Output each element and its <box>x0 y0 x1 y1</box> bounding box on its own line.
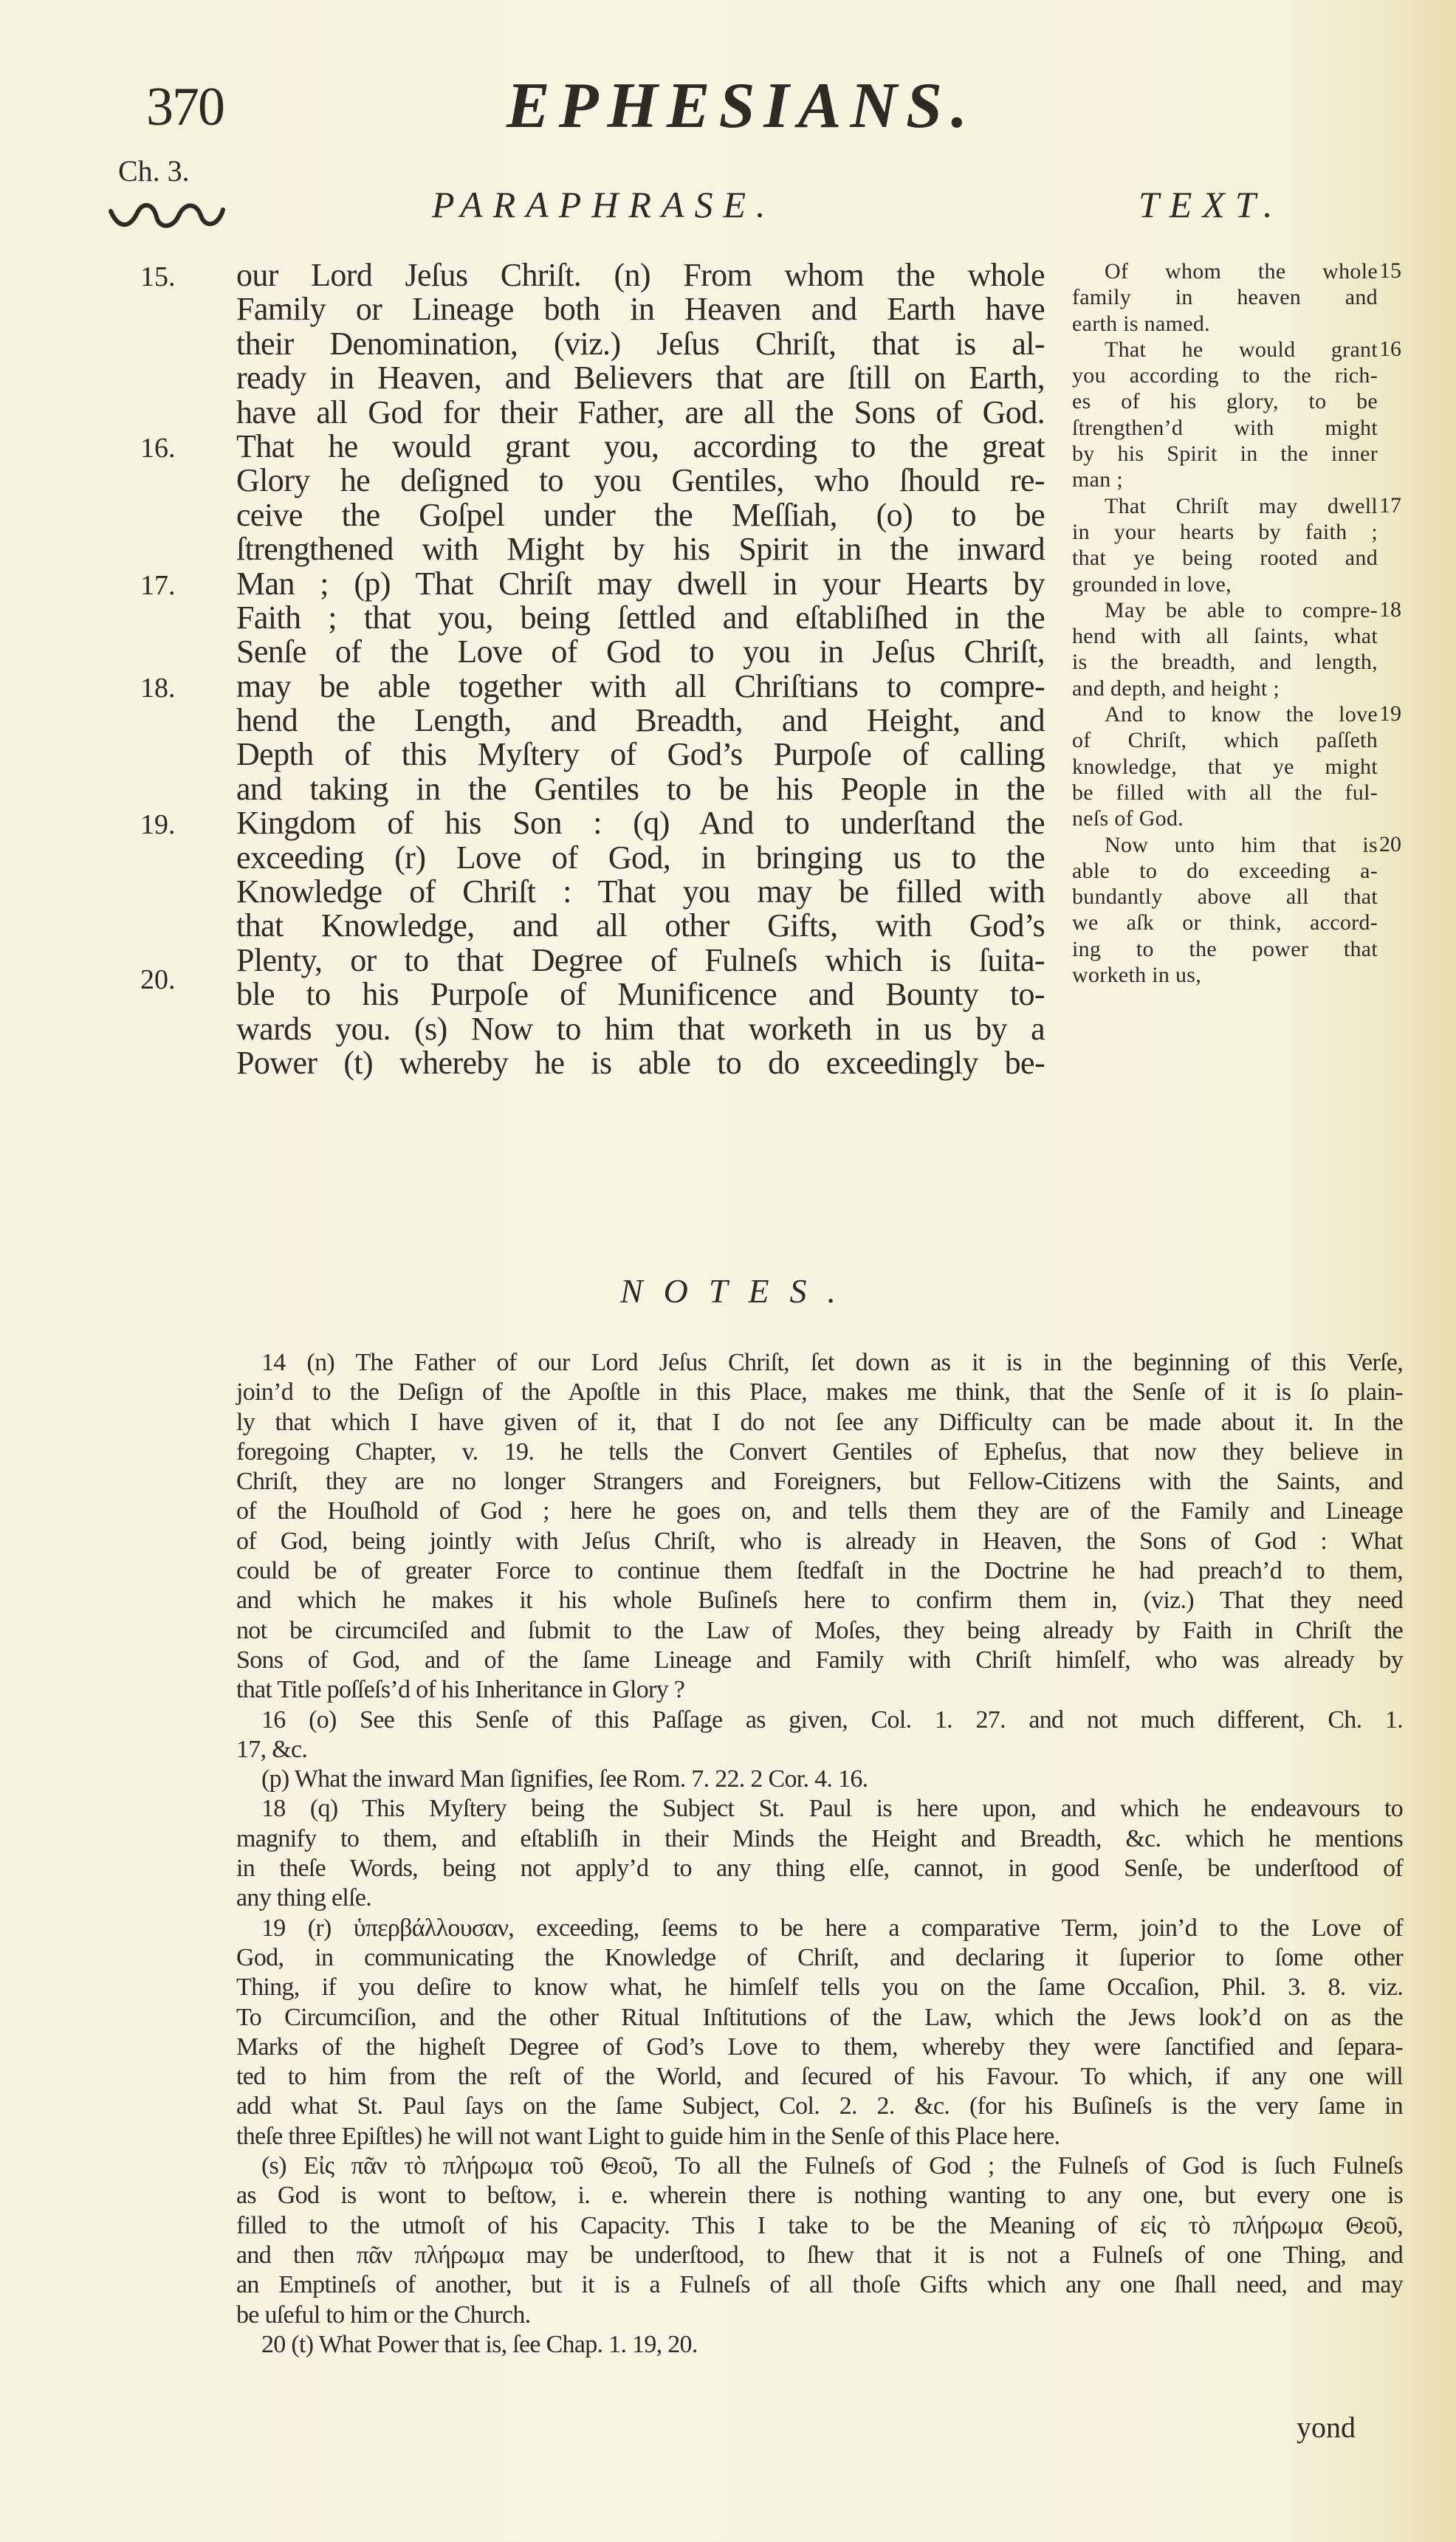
paraphrase-line: that Knowledge, and all other Gifts, wit… <box>236 909 1045 943</box>
note-line: Thing, if you deſire to know what, he hi… <box>236 1973 1403 2002</box>
note-line: 19 (r) ὑπερβάλλουσαν, exceeding, ſeems t… <box>236 1914 1403 1943</box>
scripture-line: May be able to compre- <box>1072 597 1378 623</box>
paraphrase-line: have all God for their Father, are all t… <box>236 396 1045 430</box>
note-line: join’d to the Deſign of the Apoſtle in t… <box>236 1378 1403 1407</box>
note-line: To Circumciſion, and the other Ritual In… <box>236 2003 1403 2033</box>
note-line: 16 (o) See this Senſe of this Paſſage as… <box>236 1705 1403 1735</box>
paraphrase-line: wards you. (s) Now to him that worketh i… <box>236 1012 1045 1046</box>
scripture-line: And to know the love <box>1072 701 1378 727</box>
scripture-line: That Chriſt may dwell <box>1072 493 1378 519</box>
paraphrase-line: and taking in the Gentiles to be his Peo… <box>236 772 1045 806</box>
paraphrase-line: Faith ; that you, being ſettled and eſta… <box>236 601 1045 635</box>
paraphrase-line: Plenty, or to that Degree of Fulneſs whi… <box>236 944 1045 978</box>
paraphrase-line: ſtrengthened with Might by his Spirit in… <box>236 532 1045 566</box>
scripture-verse-number: 16 <box>1379 338 1401 360</box>
scripture-line: bundantly above all that <box>1072 884 1378 910</box>
text-column-heading: TEXT. <box>1139 186 1283 223</box>
paraphrase-verse-number: 16. <box>140 434 176 462</box>
note-line: foregoing Chapter, v. 19. he tells the C… <box>236 1437 1403 1467</box>
chapter-reference: Ch. 3. <box>118 157 190 186</box>
scripture-line: ing to the power that <box>1072 936 1378 962</box>
scripture-line: worketh in us, <box>1072 962 1378 988</box>
paraphrase-line: ceive the Goſpel under the Meſſiah, (o) … <box>236 498 1045 532</box>
scripture-line: we aſk or think, accord- <box>1072 910 1378 935</box>
scripture-line: you according to the rich- <box>1072 363 1378 388</box>
note-line: that Title poſſeſs’d of his Inheritance … <box>236 1675 1403 1705</box>
paraphrase-line: Knowledge of Chriſt : That you may be fi… <box>236 875 1045 909</box>
note-line: of God, being jointly with Jeſus Chriſt,… <box>236 1527 1403 1556</box>
scripture-line: and depth, and height ; <box>1072 676 1378 701</box>
note-line: God, in communicating the Knowledge of C… <box>236 1943 1403 1973</box>
catchword: yond <box>1297 2413 1356 2442</box>
note-line: 20 (t) What Power that is, ſee Chap. 1. … <box>236 2330 1403 2360</box>
scripture-line: Now unto him that is <box>1072 832 1378 858</box>
paraphrase-line: Family or Lineage both in Heaven and Ear… <box>236 292 1045 326</box>
scripture-line: be filled with all the ful- <box>1072 780 1378 805</box>
scripture-verse-number: 15 <box>1379 260 1401 282</box>
paraphrase-column: our Lord Jeſus Chriſt. (n) From whom the… <box>236 258 1045 1080</box>
note-line: in theſe Words, being not apply’d to any… <box>236 1854 1403 1883</box>
note-line: 18 (q) This Myſtery being the Subject St… <box>236 1794 1403 1824</box>
note-line: 14 (n) The Father of our Lord Jeſus Chri… <box>236 1348 1403 1378</box>
scripture-line: is the breadth, and length, <box>1072 649 1378 675</box>
note-line: Chriſt, they are no longer Strangers and… <box>236 1467 1403 1497</box>
notes-section: 14 (n) The Father of our Lord Jeſus Chri… <box>236 1348 1403 2360</box>
running-title: EPHESIANS. <box>506 74 976 139</box>
scripture-line: of Chriſt, which paſſeth <box>1072 727 1378 753</box>
paraphrase-verse-number: 15. <box>140 263 176 291</box>
paraphrase-verse-number: 18. <box>140 674 176 702</box>
scripture-line: able to do exceeding a- <box>1072 858 1378 884</box>
paraphrase-line: That he would grant you, according to th… <box>236 430 1045 464</box>
note-line: and then πᾶν πλήρωμα may be underſtood, … <box>236 2241 1403 2270</box>
scripture-verse-number: 19 <box>1379 703 1401 725</box>
paraphrase-line: Man ; (p) That Chriſt may dwell in your … <box>236 567 1045 601</box>
paraphrase-line: Glory he deſigned to you Gentiles, who ſ… <box>236 464 1045 498</box>
scripture-line: neſs of God. <box>1072 805 1378 831</box>
paraphrase-verse-number: 17. <box>140 571 176 600</box>
note-line: ted to him from the reſt of the World, a… <box>236 2062 1403 2092</box>
paraphrase-line: our Lord Jeſus Chriſt. (n) From whom the… <box>236 258 1045 292</box>
scripture-line: ſtrengthen’d with might <box>1072 415 1378 441</box>
note-line: could be of greater Force to continue th… <box>236 1556 1403 1586</box>
note-line: and which he makes it his whole Buſineſs… <box>236 1586 1403 1615</box>
paraphrase-verse-number: 20. <box>140 966 176 994</box>
note-line: Marks of the higheſt Degree of God’s Lov… <box>236 2033 1403 2062</box>
scripture-line: knowledge, that ye might <box>1072 754 1378 780</box>
page-number: 370 <box>146 80 224 134</box>
scripture-line: Of whom the whole <box>1072 258 1378 284</box>
scripture-line: man ; <box>1072 467 1378 492</box>
scripture-line: in your hearts by faith ; <box>1072 519 1378 545</box>
paraphrase-line: Power (t) whereby he is able to do excee… <box>236 1046 1045 1080</box>
scripture-text-column: Of whom the wholefamily in heaven andear… <box>1072 258 1378 988</box>
note-line: any thing elſe. <box>236 1883 1403 1913</box>
paraphrase-column-heading: PARAPHRASE. <box>432 186 776 223</box>
paraphrase-line: their Denomination, (viz.) Jeſus Chriſt,… <box>236 327 1045 361</box>
paraphrase-line: Depth of this Myſtery of God’s Purpoſe o… <box>236 738 1045 772</box>
note-line: theſe three Epiſtles) he will not want L… <box>236 2122 1403 2151</box>
paraphrase-verse-number: 19. <box>140 811 176 839</box>
paraphrase-line: Kingdom of his Son : (q) And to underſta… <box>236 806 1045 840</box>
note-line: be uſeful to him or the Church. <box>236 2301 1403 2330</box>
scripture-line: earth is named. <box>1072 311 1378 337</box>
note-line: not be circumciſed and ſubmit to the Law… <box>236 1616 1403 1646</box>
paraphrase-line: Senſe of the Love of God to you in Jeſus… <box>236 635 1045 669</box>
scripture-verse-number: 20 <box>1379 834 1401 856</box>
scripture-verse-number: 17 <box>1379 495 1401 517</box>
scripture-line: that ye being rooted and <box>1072 545 1378 571</box>
paraphrase-line: hend the Length, and Breadth, and Height… <box>236 704 1045 738</box>
note-line: (s) Εἰς πᾶν τὸ πλήρωμα τοῦ Θεοῦ, To all … <box>236 2151 1403 2181</box>
notes-heading: NOTES. <box>620 1274 856 1308</box>
note-line: magnify to them, and eſtabliſh in their … <box>236 1824 1403 1854</box>
paraphrase-line: ble to his Purpoſe of Munificence and Bo… <box>236 978 1045 1011</box>
note-line: add what St. Paul ſays on the ſame Subje… <box>236 2092 1403 2121</box>
scripture-line: family in heaven and <box>1072 284 1378 310</box>
scripture-line: by his Spirit in the inner <box>1072 441 1378 467</box>
note-line: (p) What the inward Man ſignifies, ſee R… <box>236 1765 1403 1794</box>
note-line: Sons of God, and of the ſame Lineage and… <box>236 1646 1403 1675</box>
note-line: filled to the utmoſt of his Capacity. Th… <box>236 2211 1403 2241</box>
note-line: an Emptineſs of another, but it is a Ful… <box>236 2270 1403 2300</box>
paraphrase-line: ready in Heaven, and Believers that are … <box>236 361 1045 395</box>
scripture-verse-number: 18 <box>1379 599 1401 621</box>
paraphrase-line: exceeding (r) Love of God, in bringing u… <box>236 841 1045 875</box>
note-line: of the Houſhold of God ; here he goes on… <box>236 1497 1403 1526</box>
note-line: 17, &c. <box>236 1735 1403 1765</box>
note-line: as God is wont to beſtow, i. e. wherein … <box>236 2181 1403 2210</box>
paraphrase-line: may be able together with all Chriſtians… <box>236 670 1045 704</box>
scripture-line: grounded in love, <box>1072 571 1378 597</box>
wavy-flourish-icon <box>108 196 226 232</box>
note-line: ly that which I have given of it, that I… <box>236 1408 1403 1437</box>
scripture-line: That he would grant <box>1072 337 1378 363</box>
scripture-line: hend with all ſaints, what <box>1072 623 1378 649</box>
scripture-line: es of his glory, to be <box>1072 388 1378 414</box>
